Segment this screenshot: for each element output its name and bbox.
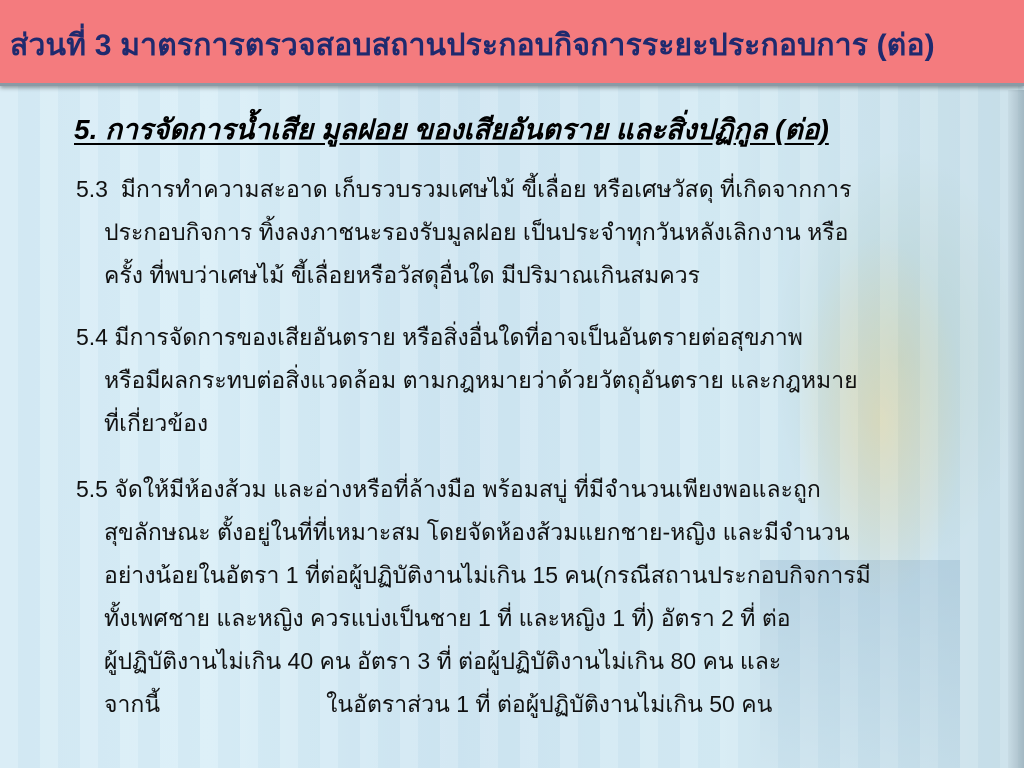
- paragraph-5-5: 5.5 จัดให้มีห้องส้วม และอ่างหรือที่ล้างม…: [76, 468, 986, 726]
- paragraph-line: สุขลักษณะ ตั้งอยู่ในที่ที่เหมาะสม โดยจัด…: [76, 511, 986, 554]
- paragraph-line: อย่างน้อยในอัตรา 1 ที่ต่อผู้ปฏิบัติงานไม…: [76, 554, 986, 597]
- paragraph-line: 5.5 จัดให้มีห้องส้วม และอ่างหรือที่ล้างม…: [76, 468, 986, 511]
- title-bar: ส่วนที่ 3 มาตรการตรวจสอบสถานประกอบกิจการ…: [0, 0, 1024, 86]
- item-number: 5.4: [76, 324, 108, 350]
- paragraph-line: 5.3 มีการทำความสะอาด เก็บรวบรวมเศษไม้ ขี…: [76, 168, 986, 211]
- line-text: มีการจัดการของเสียอันตราย หรือสิ่งอื่นใด…: [114, 324, 803, 350]
- item-number: 5.5: [76, 476, 108, 502]
- paragraph-line: หรือมีผลกระทบต่อสิ่งแวดล้อม ตามกฎหมายว่า…: [76, 359, 986, 402]
- paragraph-5-3: 5.3 มีการทำความสะอาด เก็บรวบรวมเศษไม้ ขี…: [76, 168, 986, 297]
- line-text: จัดให้มีห้องส้วม และอ่างหรือที่ล้างมือ พ…: [114, 476, 820, 502]
- paragraph-line: ที่เกี่ยวข้อง: [76, 402, 986, 445]
- paragraph-line: ครั้ง ที่พบว่าเศษไม้ ขี้เลื่อยหรือวัสดุอ…: [76, 254, 986, 297]
- item-number: 5.3: [76, 176, 108, 202]
- section-subheading: 5. การจัดการน้ำเสีย มูลฝอย ของเสียอันตรา…: [74, 108, 829, 152]
- paragraph-5-4: 5.4 มีการจัดการของเสียอันตราย หรือสิ่งอื…: [76, 316, 986, 445]
- paragraph-line: จากนี้ ในอัตราส่วน 1 ที่ ต่อผู้ปฏิบัติงา…: [76, 683, 986, 726]
- paragraph-line: ผู้ปฏิบัติงานไม่เกิน 40 คน อัตรา 3 ที่ ต…: [76, 640, 986, 683]
- slide-title: ส่วนที่ 3 มาตรการตรวจสอบสถานประกอบกิจการ…: [10, 22, 935, 69]
- paragraph-line: ประกอบกิจการ ทิ้งลงภาชนะรองรับมูลฝอย เป็…: [76, 211, 986, 254]
- paragraph-line: 5.4 มีการจัดการของเสียอันตราย หรือสิ่งอื…: [76, 316, 986, 359]
- right-edge-shadow: [1008, 90, 1024, 768]
- line-text: มีการทำความสะอาด เก็บรวบรวมเศษไม้ ขี้เลื…: [121, 176, 852, 202]
- paragraph-line: ทั้งเพศชาย และหญิง ควรแบ่งเป็นชาย 1 ที่ …: [76, 597, 986, 640]
